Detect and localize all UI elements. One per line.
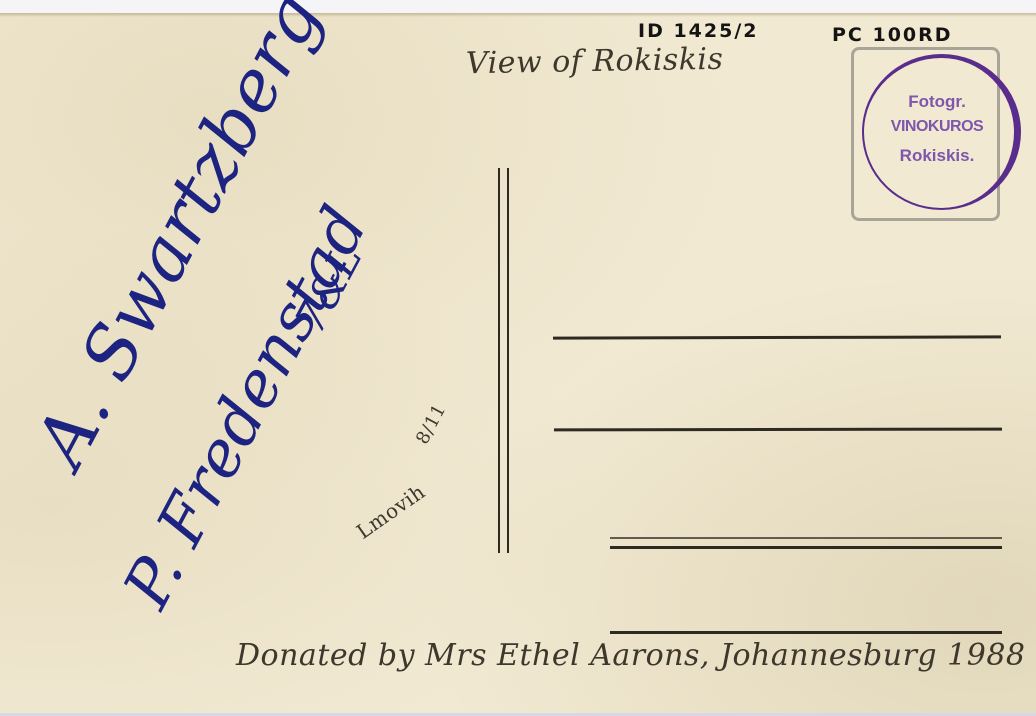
scan-margin-top [0, 0, 1036, 13]
stamp-line-3: Rokiskis. [862, 146, 1012, 166]
vertical-divider-right [507, 168, 509, 553]
stamp-line-1: Fotogr. [862, 92, 1012, 112]
stamp-line-2: VINOKUROS [862, 118, 1012, 136]
catalog-id: ID 1425/2 [638, 20, 759, 42]
caption-view-of-rokiskis: View of Rokiskis [466, 42, 724, 81]
address-line-4 [610, 631, 1002, 634]
catalog-code: PC 100RD [832, 24, 953, 46]
donation-note: Donated by Mrs Ethel Aarons, Johannesbur… [236, 638, 1026, 673]
address-line-3-upper [610, 537, 1002, 539]
vertical-divider-left [498, 168, 500, 553]
address-line-3 [610, 546, 1002, 549]
